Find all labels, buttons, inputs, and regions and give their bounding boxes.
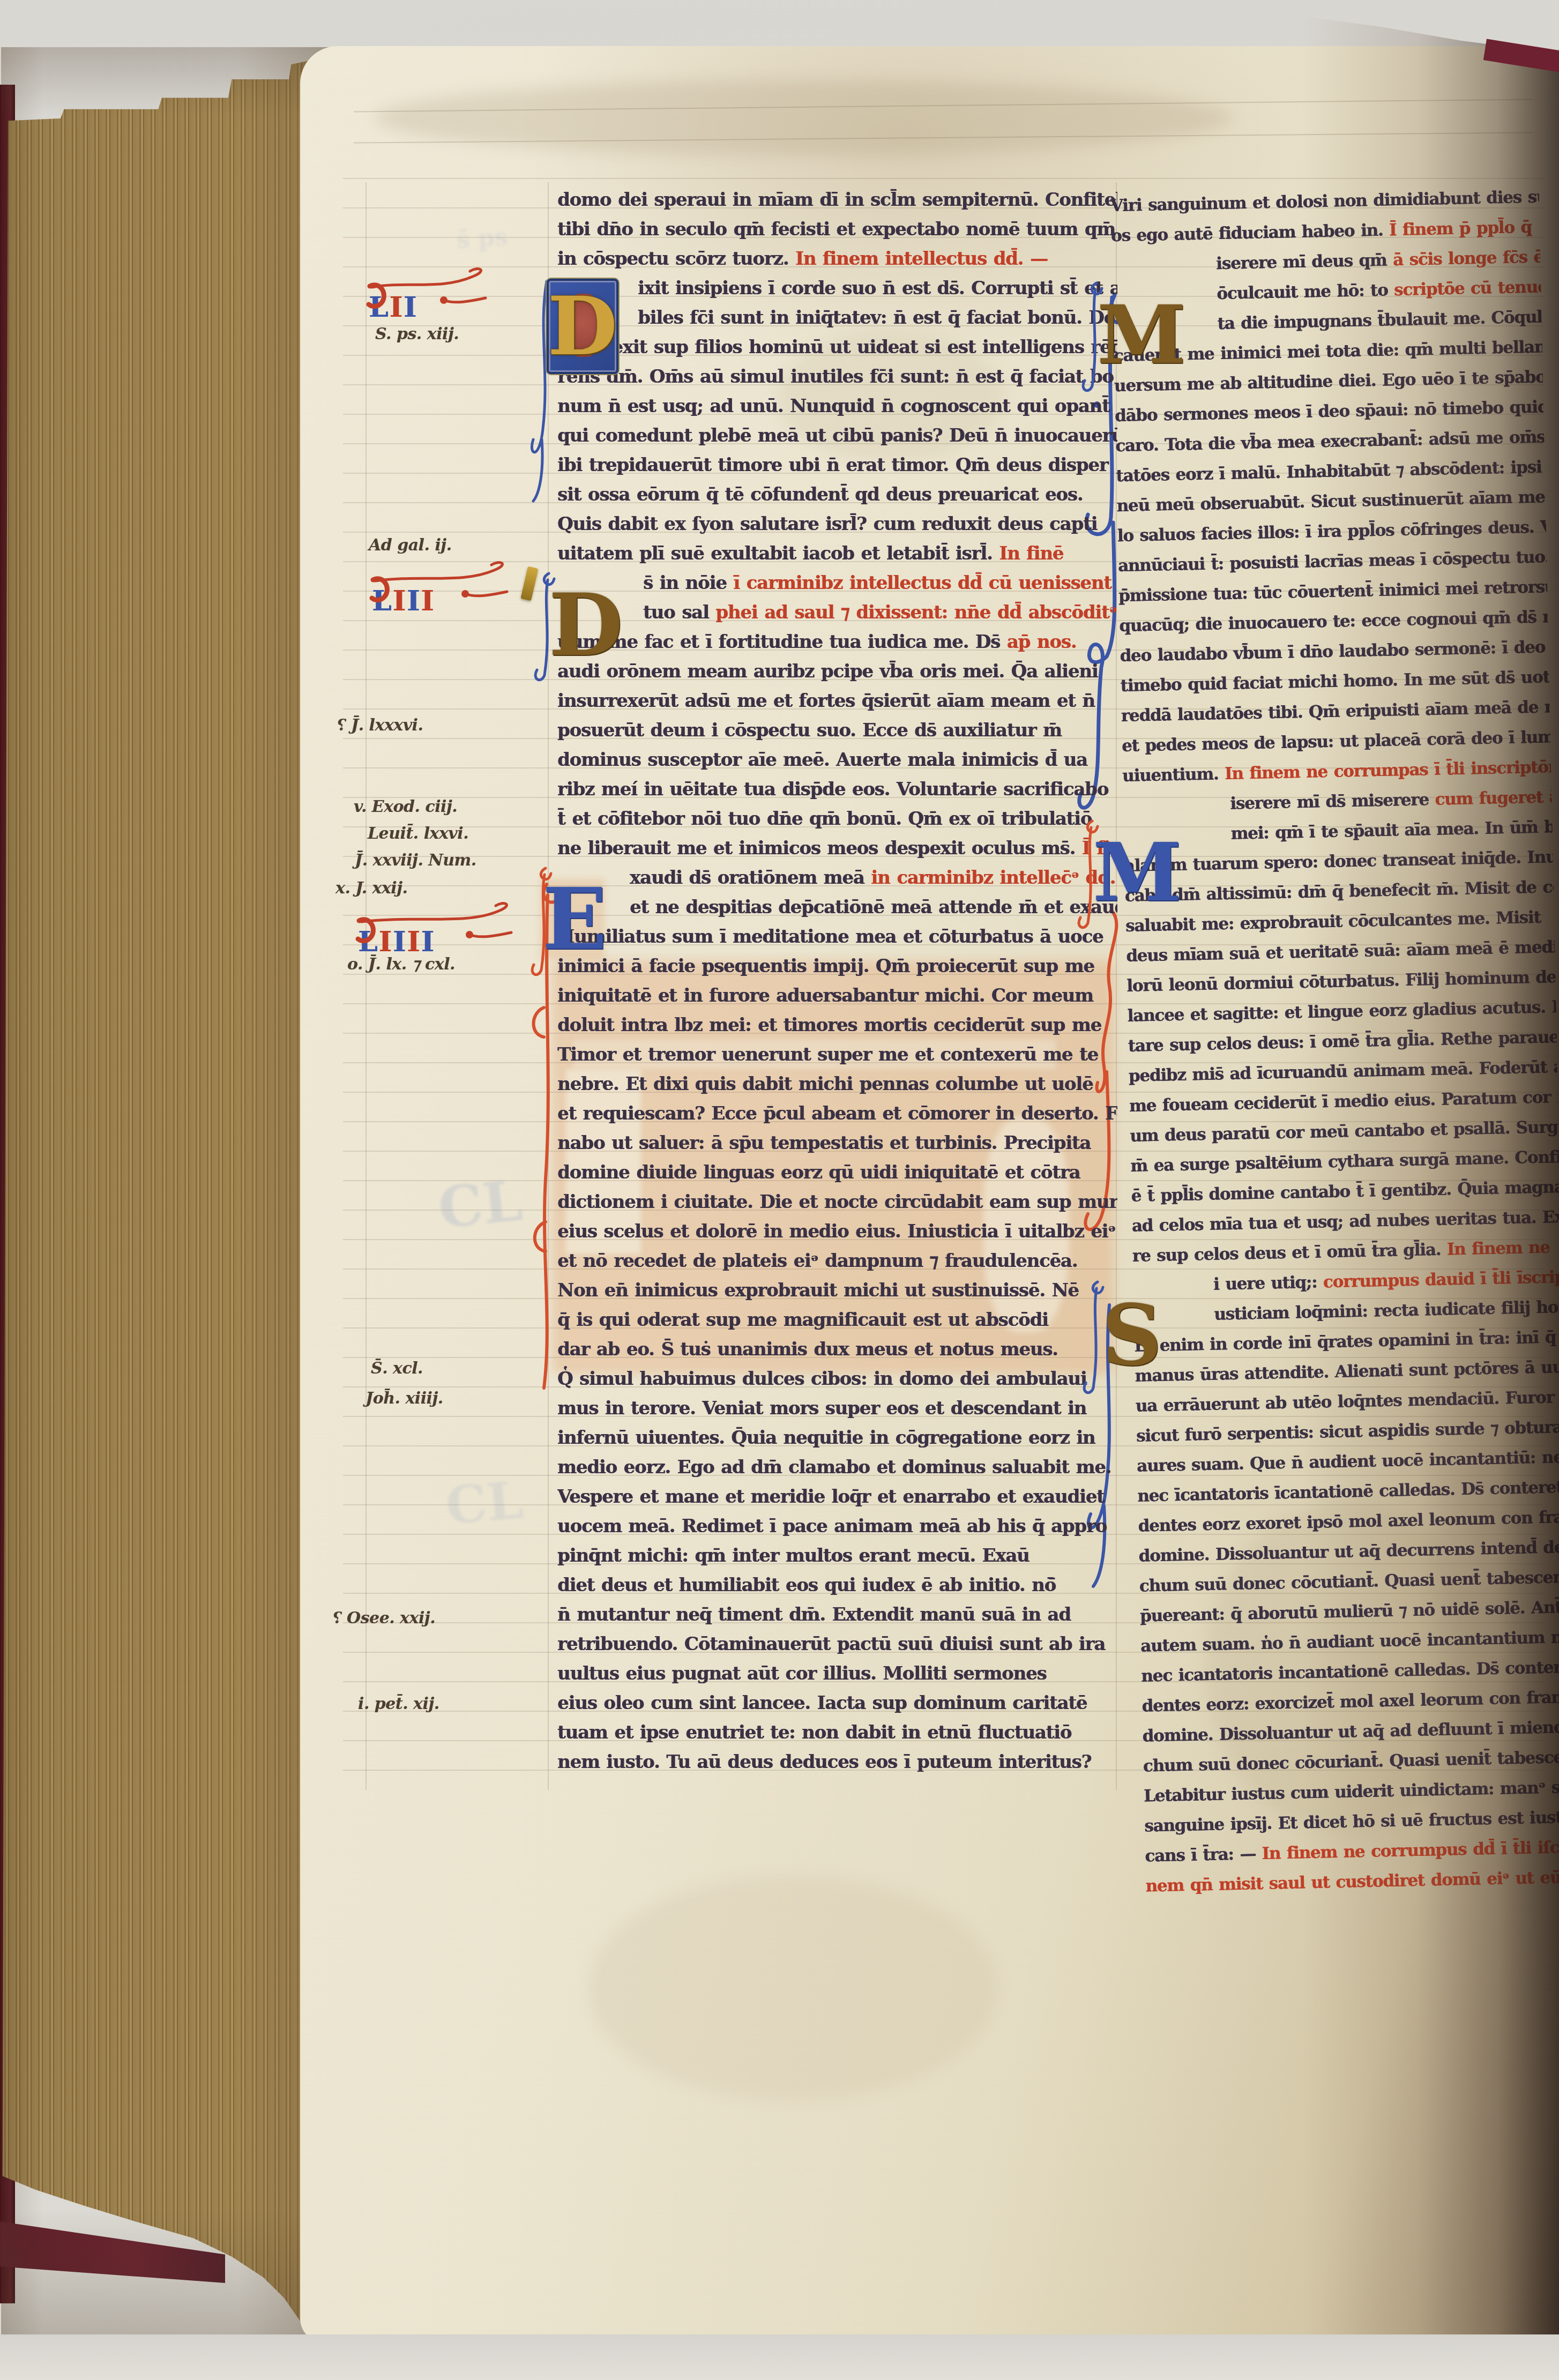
body-text: et nō recedet de plateis eiᵊ dampnum ⁊ f… — [557, 1250, 1077, 1272]
text-line: qui comedunt plebē meā ut cibū panis? De… — [557, 421, 1117, 451]
body-text: caro. Tota die vb̄a mea execrabant̄: ads… — [1115, 427, 1559, 456]
body-text: ibi trepidauerūt timore ubi n̄ erat timo… — [557, 454, 1108, 476]
body-text: medio eorz. Ego ad dm̄ clamabo et dominu… — [557, 1457, 1111, 1478]
body-text: chum suū donec cōcuriant̄. Quasi uenit̄ … — [1143, 1747, 1559, 1775]
body-text: ta die impugnans t̄bulauit me. Cōqul — [1217, 307, 1549, 333]
body-text: posuerūt deum i cōspectu suo. Ecce ds̄ a… — [557, 720, 1062, 741]
body-text: et ne despitias dep̄catiōnē meā attende … — [630, 897, 1117, 918]
rubric-text: In finem ne corrumpus dd̄ ī t̄li iſcript… — [1262, 1837, 1559, 1863]
text-line: prospexit sup filios hominū ut uideat si… — [557, 333, 1117, 362]
text-line: Humiliatus sum ī meditatione mea et cōtu… — [557, 922, 1117, 952]
rubric-text: Ī finem p̄ ppl̄o q̄ — [1389, 218, 1532, 240]
text-line: Q̔ simul habuimus dulces cibos: in domo … — [557, 1364, 1117, 1394]
body-text: n̄ mutantur neq̄ timent dm̄. Extendit ma… — [557, 1604, 1071, 1625]
text-line: tibi dn̄o in seculo qm̄ fecisti et expec… — [557, 215, 1117, 244]
body-text: p̄uereant: q̄ aborutū mulierū ⁊ nō uidē… — [1140, 1598, 1559, 1625]
rubric-text: In finem ne — [1446, 1238, 1550, 1259]
text-column-right: Viri sanguinum et dolosi non dimidiabunt… — [1110, 182, 1559, 1901]
text-line: nem iusto. Tu aū deus deduces eos ī put… — [557, 1748, 1117, 1777]
text-line: n̄ mutantur neq̄ timent dm̄. Extendit ma… — [557, 1600, 1117, 1630]
body-text: deo laudabo vb̄um ī dn̄o laudabo sermonē… — [1120, 636, 1559, 666]
body-text: iserere mī deus qm̄ — [1216, 250, 1393, 273]
body-text: iserere mī ds̄ miserere — [1230, 790, 1435, 814]
text-line: sit ossa eōrum q̄ tē cōfundent̄ qd deus … — [557, 480, 1117, 510]
initial-letter: M — [1093, 289, 1190, 380]
body-text: deus mīam suā et ueritatē suā: aīam meā… — [1126, 936, 1559, 966]
rubric-text: cum fugeret ā facie saul ī — [1435, 785, 1559, 809]
text-line: ribz meí in uēitate tua disp̄de eos. Vo… — [557, 775, 1117, 804]
body-text: nebre. Et dixi quis dabit michi pennas c… — [557, 1073, 1093, 1095]
rubric-text: ī carminibz intellectus dd̄ cū uenissent… — [733, 572, 1117, 594]
text-column-left: domo dei speraui in mīam dī in scl̄m sem… — [557, 185, 1117, 1777]
text-line: doluit intra lbz mei: et timores mortis … — [557, 1011, 1117, 1040]
text-line: Non en̄ inimicus exprobrauit michi ut su… — [557, 1276, 1117, 1305]
initial-letter: D — [547, 279, 618, 374]
body-text: Letabitur iustus cum uiderit uindictam: … — [1144, 1775, 1559, 1806]
body-text: p̄missione tua: tūc cōuertent̄ inimici … — [1118, 577, 1559, 606]
text-line: et requiescam? Ecce p̄cul abeam et cōmor… — [557, 1099, 1117, 1129]
body-text: manus ūras attendite. Alienati sunt pct… — [1135, 1357, 1559, 1386]
body-text: tuam et ipse enutriet te: non dabit in e… — [557, 1722, 1071, 1743]
text-line: pinq̄nt michi: qm̄ inter multos erant me… — [557, 1541, 1117, 1571]
body-text: biles fc̄i sunt in iniq̄tatev: n̄ est q̄… — [638, 307, 1117, 329]
text-line: dominus susceptor aīe meē. Auerte mala i… — [557, 745, 1117, 775]
rubric-text: In finem ne corrumpas ī t̄li inscriptōn… — [1225, 757, 1559, 784]
text-line: s̄ in nōie ī carminibz intellectus dd̄ … — [557, 569, 1117, 598]
rubric-text: ā sc̄is longe fc̄s ē dd̄ ī t̄li — [1393, 246, 1559, 270]
body-text: Et enim in corde inī q̄rates opamini in… — [1134, 1326, 1559, 1356]
text-line: et nō recedet de plateis eiᵊ dampnum ⁊ f… — [557, 1247, 1117, 1276]
body-text: i uere utiq;: — [1213, 1272, 1324, 1294]
initial-penwork-icon — [1071, 817, 1103, 939]
margin-note: ⸮ J̄. lxxxvi. — [337, 716, 423, 735]
body-text: Non en̄ inimicus exprobrauit michi ut su… — [557, 1280, 1079, 1301]
body-text: tare sup celos deus: ī omē t̄ra gl̄ia. R… — [1128, 1027, 1559, 1056]
text-line: medio eorz. Ego ad dm̄ clamabo et dominu… — [557, 1453, 1117, 1482]
body-text: tatōes eorz ī malū. Inhabitabūt ⁊ abscōd… — [1116, 457, 1559, 486]
body-text: uultus eius pugnat aūt cor illius. Moll… — [557, 1663, 1046, 1684]
body-text: qui comedunt plebē meā ut cibū panis? De… — [557, 425, 1117, 446]
showthrough-ghost: s̄ ps — [456, 223, 509, 255]
body-text: domine. Dissoluantur ut aq̄ decurrens in… — [1138, 1538, 1559, 1566]
text-line: retribuendo. Cōtaminauerūt pactū suū diu… — [557, 1630, 1117, 1659]
illuminated-initial-d: D — [547, 279, 618, 374]
rubric-text: phei ad saul ⁊ dixissent: nn̄e dd̄ abscō… — [715, 602, 1117, 623]
body-text: usticiam loq̄mini: recta iudicate filij … — [1214, 1296, 1559, 1324]
illuminated-initial-s: S — [1094, 1288, 1169, 1383]
body-text: pedibz mis̄ ad īcuruandū animam meā. Fod… — [1128, 1057, 1559, 1085]
body-text: uiuentium. — [1122, 764, 1225, 786]
body-text: inimici ā facie psequentis impĳ. Qm̄ pro… — [557, 956, 1094, 977]
text-line: tuo sal phei ad saul ⁊ dixissent: nn̄e d… — [557, 598, 1117, 628]
text-line: uum me fac et ī fortitudine tua iudica m… — [557, 628, 1117, 657]
body-text: ōculcauit me hō: to — [1217, 280, 1394, 303]
text-line: eius scelus et dolorē in medio eius. Ini… — [557, 1217, 1117, 1247]
body-text: insurrexerūt adsū me et fortes q̄sierūt … — [557, 690, 1095, 712]
text-line: uultus eius pugnat aūt cor illius. Moll… — [557, 1659, 1117, 1689]
text-line: nebre. Et dixi quis dabit michi pennas c… — [557, 1070, 1117, 1099]
margin-note: S. ps. xiij. — [375, 325, 459, 344]
text-line: nabo ut saluer: ā sp̄u tempestatis et t… — [557, 1129, 1117, 1158]
text-line: domo dei speraui in mīam dī in scl̄m sem… — [557, 185, 1117, 215]
margin-note: J̄. xxviij. Num. — [355, 851, 476, 870]
body-text: uitatem plī suē exultabit iacob et leta… — [557, 543, 999, 564]
body-text: aures suam. Que n̄ audient uocē incantan… — [1137, 1447, 1559, 1476]
text-line: dictionem i ciuitate. Die et nocte circū… — [557, 1188, 1117, 1217]
showthrough-ghost: CL — [435, 1167, 525, 1242]
psalm-number: LIIII — [358, 928, 435, 956]
text-line: Timor et tremor uenerunt super me et con… — [557, 1040, 1117, 1070]
text-line: ibi trepidauerūt timore ubi n̄ erat timo… — [557, 451, 1117, 480]
body-text: um deus paratū cor meū cantabo et psallā… — [1130, 1116, 1559, 1145]
body-text: uocem meā. Redimet ī pace animam meā ab … — [557, 1516, 1107, 1537]
margin-note: ⸮ Osee. xxij. — [332, 1609, 435, 1628]
photo-floor — [0, 2334, 1559, 2380]
text-line: inimici ā facie psequentis impĳ. Qm̄ pro… — [557, 952, 1117, 981]
body-text: retribuendo. Cōtaminauerūt pactū suū diu… — [557, 1633, 1105, 1655]
text-line: et ne despitias dep̄catiōnē meā attende … — [557, 893, 1117, 922]
body-text: nec īcantatoris īcantationē calledas. D… — [1137, 1478, 1559, 1506]
body-text: eius oleo cum sint lancee. Iacta sup dom… — [557, 1692, 1087, 1714]
body-text: lorū leonū dormiui cōturbatus. Filij hom… — [1127, 966, 1559, 996]
rubric-text: In finem intellectus dd̄. — — [795, 248, 1048, 270]
body-text: Humiliatus sum ī meditatione mea et cōtu… — [557, 926, 1103, 947]
text-line: insurrexerūt adsū me et fortes q̄sierūt … — [557, 687, 1117, 716]
text-line: biles fc̄i sunt in iniq̄tatev: n̄ est q̄… — [557, 303, 1117, 333]
body-text: tibi dn̄o in seculo qm̄ fecisti et expec… — [557, 219, 1117, 240]
body-text: ua errāuerunt ab utēo loq̄ntes mendaciu… — [1135, 1387, 1559, 1416]
body-text: quacūq; die inuocauero te: ecce cognoui … — [1119, 606, 1559, 636]
body-text: prospexit sup filios hominū ut uideat si… — [557, 337, 1117, 358]
body-text: saluabit me: exprobrauit cōculcantes me.… — [1125, 908, 1541, 936]
body-text: autem suam. n̔o n̄ audiant uocē incantan… — [1140, 1628, 1559, 1656]
margin-note: Joh̄. xiiij. — [365, 1389, 443, 1408]
body-text: dominus susceptor aīe meē. Auerte mala i… — [557, 749, 1087, 771]
body-text: infernū uiuentes. Q̄uia nequitie in cōgr… — [557, 1427, 1095, 1449]
body-text: ribz meí in uēitate tua disp̄de eos. Vo… — [557, 779, 1108, 800]
body-text: dentes eorz exoret ipsō mol axel leonum… — [1138, 1507, 1559, 1536]
body-text: rens dm̄. Om̄s aū simul inutiles fc̄i s… — [557, 366, 1114, 387]
text-line: t̄ et cōfitebor nōi tuo dn̄e qm̄ bonū. … — [557, 804, 1117, 834]
body-text: nem iusto. Tu aū deus deduces eos ī put… — [557, 1751, 1091, 1773]
body-text: dābo sermones meos ī deo sp̄aui: nō ti… — [1115, 396, 1559, 426]
text-line: iniquitatē et in furore aduersabantur mi… — [557, 981, 1117, 1011]
text-line: q̄ is qui oderat sup me magnificauit est… — [557, 1305, 1117, 1335]
manuscript-photo: S. ps. xiij.Ad gal. ij.⸮ J̄. lxxxvi.v. E… — [0, 0, 1559, 2380]
rubric-text: nem qn̄ misit saul ut custodiret domū ei… — [1145, 1866, 1559, 1896]
illuminated-initial-d: D — [546, 580, 626, 670]
body-text: s̄ in nōie — [643, 572, 733, 594]
margin-note: v. Exod. ciij. — [354, 797, 457, 816]
body-text: xaudi ds̄ oratiōnem meā — [630, 867, 871, 889]
body-text: m̄ ea surge psaltēium cythara surgā mane… — [1130, 1147, 1559, 1176]
body-text: q̄ is qui oderat sup me magnificauit est… — [557, 1309, 1048, 1331]
body-text: Q̔ simul habuimus dulces cibos: in domo … — [557, 1368, 1087, 1390]
text-line: xaudi ds̄ oratiōnem meā in carminibz int… — [557, 863, 1117, 893]
body-text: ad celos mīa tua et usq; ad nubes uerita… — [1131, 1207, 1559, 1236]
text-line: domine diuide linguas eorz qū uidi iniqu… — [557, 1158, 1117, 1188]
text-line: tuam et ipse enutriet te: non dabit in e… — [557, 1718, 1117, 1748]
initial-penwork-icon — [527, 569, 560, 691]
body-text: dar ab eo. S̄ tuṡ unanimis dux meus et n… — [557, 1339, 1058, 1360]
body-text: Timor et tremor uenerunt super me et con… — [557, 1044, 1098, 1065]
text-line: Vespere et mane et meridie loq̄r et enar… — [557, 1482, 1117, 1512]
body-text: et pedes meos de lapsu: ut placeā corā … — [1122, 727, 1559, 756]
text-line: uitatem plī suē exultabit iacob et leta… — [557, 539, 1117, 569]
rubric-text: ap̄ nos. — [1007, 631, 1077, 653]
body-text: annūciaui t̄: posuisti lacrīas meas ī cō… — [1118, 547, 1559, 576]
initial-penwork-icon — [1076, 1278, 1108, 1404]
margin-note: Ad gal. ij. — [369, 536, 452, 555]
text-line: infernū uiuentes. Q̄uia nequitie in cōgr… — [557, 1423, 1117, 1453]
text-line: diet deus et humiliabit eos qui iudex ē … — [557, 1571, 1117, 1600]
text-line: posuerūt deum i cōspectu suo. Ecce ds̄ a… — [557, 716, 1117, 745]
body-text: nec icantatoris incantationē calledas. … — [1141, 1658, 1559, 1686]
margin-note: x. J. xxij. — [335, 879, 408, 898]
body-text: neū meū obseruabūt. Sicut sustinuerūt aī… — [1116, 486, 1559, 516]
body-text: lo saluos facies illos: ī ira ppl̄os cōf… — [1117, 516, 1559, 546]
body-text: domine. Dissoluantur ut aq̄ ad defluunt … — [1142, 1717, 1559, 1746]
body-text: num n̄ est usq; ad unū. Nunquid n̄ cogno… — [557, 396, 1110, 417]
margin-rule — [365, 182, 367, 1790]
body-text: os ego autē fiduciam habeo in. — [1111, 220, 1390, 245]
body-text: lancee et sagitte: et lingue eorz gladiu… — [1127, 997, 1559, 1026]
text-line: mus in terore. Veniat mors super eos et … — [557, 1394, 1117, 1423]
body-text: sicut furō serpentis: sicut aspidis sur… — [1136, 1417, 1559, 1446]
body-text: audi orōnem meam auribz pcipe vb̄a oris … — [557, 661, 1098, 682]
text-line: audi orōnem meam auribz pcipe vb̄a oris … — [557, 657, 1117, 687]
body-text: sanguine ipsīj. Et dicet hō si uē fruct… — [1144, 1805, 1559, 1836]
body-text: dentes eorz: exorcizet̄ mol axel leorum … — [1142, 1687, 1559, 1715]
body-text: mei: qm̄ ī te sp̄auit aīa mea. In ūm̄ b… — [1230, 817, 1559, 844]
body-text: eius scelus et dolorē in medio eius. Ini… — [557, 1221, 1115, 1242]
body-text: tuo sal — [643, 602, 715, 623]
body-text: dictionem i ciuitate. Die et nocte circū… — [557, 1191, 1117, 1213]
psalm-number: LII — [369, 294, 417, 322]
initial-penwork-icon — [1075, 279, 1107, 402]
body-text: in cōspectu scōrz tuorz. — [557, 248, 795, 270]
body-text: Viri sanguinum et dolosi non dimidiabunt… — [1110, 187, 1548, 215]
body-text: doluit intra lbz mei: et timores mortis … — [557, 1014, 1101, 1036]
illuminated-initial-m: M — [1089, 827, 1185, 917]
initial-penwork-icon — [524, 864, 556, 986]
rubric-text: corrumpus dauid ī t̄li īscriptōe — [1323, 1267, 1559, 1292]
rubric-text: scriptōe cū tenuerūt eū allo — [1394, 275, 1559, 300]
text-line: num n̄ est usq; ad unū. Nunquid n̄ cogno… — [557, 392, 1117, 421]
body-text: ē t̄ ppl̄is domine cantabo t̄ ī gentibz.… — [1131, 1177, 1559, 1206]
body-text: domo dei speraui in mīam dī in scl̄m sem… — [557, 189, 1117, 211]
rubric-text: In finē — [999, 543, 1063, 564]
body-text: ixit insipiens ī corde suo n̄ est ds̄. C… — [638, 278, 1117, 299]
illuminated-initial-m: M — [1093, 289, 1190, 380]
body-text: t̄ et cōfitebor nōi tuo dn̄e qm̄ bonū. … — [557, 808, 1092, 830]
body-text: sit ossa eōrum q̄ tē cōfundent̄ qd deus … — [557, 484, 1083, 505]
text-line: in cōspectu scōrz tuorz. In finem intell… — [557, 244, 1117, 274]
text-line: uocem meā. Redimet ī pace animam meā ab … — [557, 1512, 1117, 1541]
body-text: et requiescam? Ecce p̄cul abeam et cōmor… — [557, 1103, 1117, 1124]
body-text: Quis dabit ex ſyon salutare isrl̄? cum r… — [557, 513, 1097, 535]
body-text: chum suū donec cōcutiant̄. Quasi uent̄ t… — [1139, 1568, 1559, 1596]
showthrough-ghost: CL — [443, 1469, 525, 1536]
body-text: alarum tuarum spero: donec transeat iniq… — [1124, 847, 1559, 876]
text-line: Quis dabit ex ſyon salutare isrl̄? cum r… — [557, 510, 1117, 539]
body-text: domine diuide linguas eorz qū uidi iniqu… — [557, 1162, 1080, 1183]
body-text: iniquitatē et in furore aduersabantur mi… — [557, 985, 1093, 1006]
body-text: cabo dm̄ altissimū: dm̄ q̄ benefecit m̄.… — [1124, 876, 1559, 906]
fore-edge-leaf-stack — [1, 47, 350, 2346]
illuminated-initial-e: E — [542, 875, 606, 965]
psalm-number: LIII — [372, 587, 435, 615]
body-text: reddā laudatōes tibi. Qm̄ eripuisti aīam… — [1121, 696, 1559, 726]
initial-letter: M — [1089, 827, 1185, 917]
body-text: re sup celos deus et ī omū t̄ra gl̄ia. — [1132, 1240, 1448, 1266]
body-text: nabo ut saluer: ā sp̄u tempestatis et t… — [557, 1132, 1091, 1154]
text-line: ne liberauit me et inimicos meos despexi… — [557, 834, 1117, 863]
text-line: rens dm̄. Om̄s aū simul inutiles fc̄i s… — [557, 362, 1117, 392]
body-text: diet deus et humiliabit eos qui iudex ē … — [557, 1575, 1056, 1596]
body-text: cans ī t̄ra: — — [1145, 1844, 1262, 1866]
margin-note: Leuit̄. lxxvi. — [368, 824, 468, 843]
text-line: eius oleo cum sint lancee. Iacta sup dom… — [557, 1689, 1117, 1718]
body-text: me foueam ceciderūt ī medio eius. Paratu… — [1129, 1087, 1559, 1116]
margin-note: i. pet̄. xij. — [358, 1695, 439, 1713]
body-text: Vespere et mane et meridie loq̄r et enar… — [557, 1486, 1105, 1508]
margin-note: S̄. xcl. — [371, 1359, 423, 1378]
text-line: ixit insipiens ī corde suo n̄ est ds̄. C… — [557, 274, 1117, 303]
body-text: timebo quid faciat michi homo. In me sūt… — [1120, 666, 1559, 696]
body-text: ne liberauit me et inimicos meos despexi… — [557, 838, 1082, 859]
body-text: pinq̄nt michi: qm̄ inter multos erant me… — [557, 1545, 1030, 1566]
text-line: dar ab eo. S̄ tuṡ unanimis dux meus et n… — [557, 1335, 1117, 1364]
body-text: mus in terore. Veniat mors super eos et … — [557, 1398, 1086, 1419]
